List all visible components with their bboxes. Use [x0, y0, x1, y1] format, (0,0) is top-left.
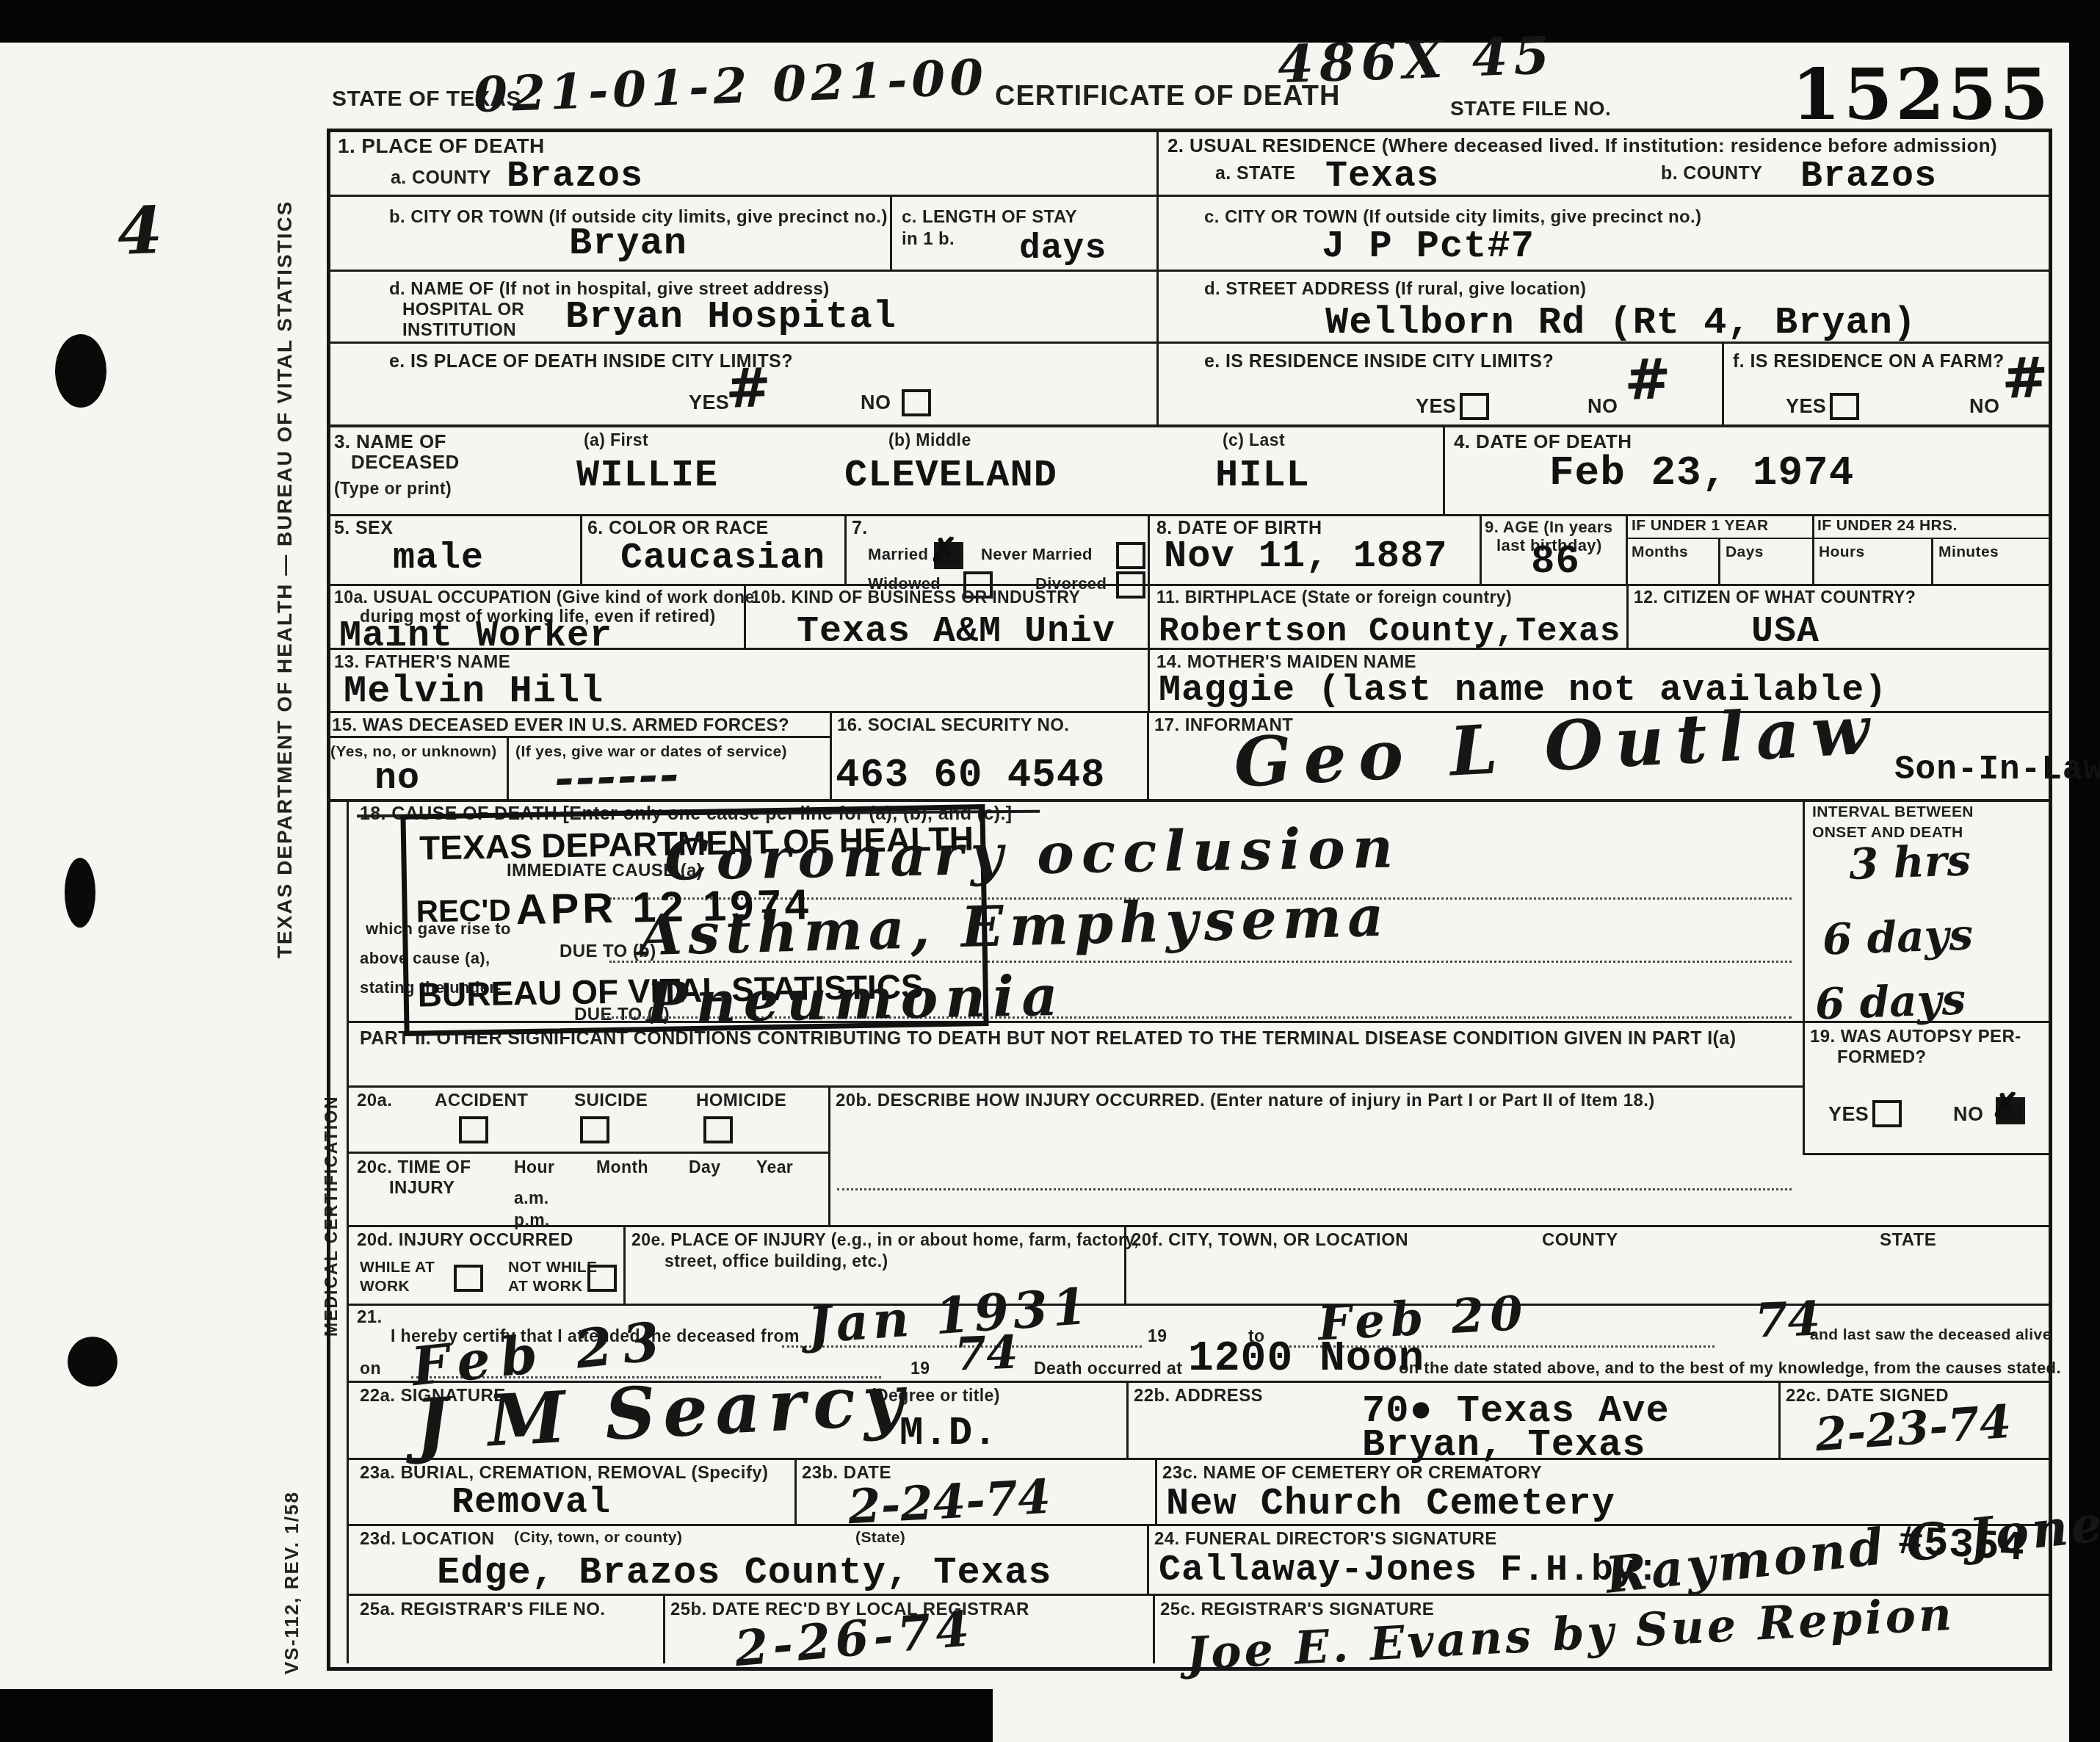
stamp-recd-label: REC'D: [416, 892, 511, 929]
grid-line: [1155, 1458, 1157, 1524]
checkbox-suicide: [580, 1116, 609, 1143]
year-label: Year: [756, 1157, 793, 1177]
homicide-label: HOMICIDE: [696, 1091, 786, 1111]
injury-20b-label: 20b. DESCRIBE HOW INJURY OCCURRED. (Ente…: [836, 1091, 1655, 1111]
never-married-label: Never Married: [981, 545, 1093, 564]
residence-state-label: a. STATE: [1215, 163, 1295, 184]
grid-line: [830, 711, 832, 799]
interval-a-value: 3 hrs: [1848, 835, 1972, 889]
residence-street-value: Wellborn Rd (Rt 4, Bryan): [1325, 301, 1916, 344]
grid-line: [347, 799, 349, 1663]
grid-line: [1626, 538, 2049, 539]
grid-line: [327, 736, 830, 738]
injury-20c-label: 20c. TIME OF: [357, 1157, 471, 1178]
interval-label-1: INTERVAL BETWEEN: [1812, 803, 1974, 821]
scan-black-band-right: [2069, 0, 2100, 1742]
certify-on-label: on: [360, 1359, 381, 1378]
residence-farm-yes-label: YES: [1786, 395, 1826, 418]
grid-line: [327, 514, 2049, 516]
injury-20a-label: 20a.: [357, 1091, 392, 1111]
checkbox-not-while-at-work: [587, 1265, 617, 1292]
autopsy-no-mark: ✗: [1991, 1085, 2020, 1125]
middle-name-value: CLEVELAND: [844, 454, 1057, 497]
scan-black-band-bottom: [0, 1689, 993, 1742]
burial-date-value: 2-24-74: [847, 1470, 1051, 1535]
residence-section-label: 2. USUAL RESIDENCE (Where deceased lived…: [1167, 134, 1997, 157]
ink-blob: [68, 1337, 117, 1387]
ink-blob: [65, 858, 95, 928]
suicide-label: SUICIDE: [574, 1091, 648, 1111]
residence-city-limits-label: e. IS RESIDENCE INSIDE CITY LIMITS?: [1204, 351, 1554, 372]
certify-to-year: 74: [1754, 1291, 1822, 1348]
grid-line: [347, 1458, 2049, 1460]
residence-county-value: Brazos: [1800, 156, 1937, 198]
grid-line: [580, 514, 582, 584]
certify-on-year: 74: [954, 1326, 1019, 1381]
checkbox-death-city-limits-no: [902, 389, 931, 416]
age-value: 86: [1531, 540, 1580, 585]
married-label: Married: [868, 545, 928, 564]
grid-line: [1803, 1153, 2049, 1155]
interval-c-value: 6 days: [1814, 974, 1966, 1029]
margin-handwritten-note: 4: [116, 192, 164, 270]
race-label: 6. COLOR OR RACE: [587, 518, 769, 539]
date-of-birth-value: Nov 11, 1887: [1164, 535, 1447, 578]
sex-label: 5. SEX: [334, 518, 393, 539]
not-while-at-work-label-2: AT WORK: [508, 1278, 583, 1295]
type-or-print-label: (Type or print): [334, 479, 452, 499]
residence-limits-no-mark: #: [1623, 346, 1672, 413]
residence-farm-no-label: NO: [1969, 395, 1999, 418]
hour-label: Hour: [514, 1157, 554, 1177]
grid-line: [1126, 1381, 1129, 1458]
months-label: Months: [1632, 543, 1688, 561]
place-of-death-section-label: 1. PLACE OF DEATH: [338, 134, 545, 158]
marital-status-label: 7.: [852, 518, 868, 539]
grid-line: [1931, 538, 1933, 584]
birthplace-value: Robertson County,Texas: [1159, 612, 1621, 651]
citizen-label: 12. CITIZEN OF WHAT COUNTRY?: [1634, 588, 1916, 607]
death-occurred-at-label: Death occurred at: [1034, 1359, 1182, 1378]
grid-line: [890, 195, 892, 270]
checkbox-while-at-work: [454, 1265, 483, 1292]
am-label: a.m.: [514, 1188, 549, 1208]
grid-line: [1626, 514, 1628, 584]
cemetery-label: 23c. NAME OF CEMETERY OR CREMATORY: [1162, 1463, 1542, 1483]
funeral-home-value: Callaway-Jones F.H.by:: [1159, 1550, 1659, 1591]
location-value: Edge, Brazos County, Texas: [437, 1551, 1051, 1594]
grid-line: [1153, 1594, 1155, 1663]
grid-line: [1778, 1381, 1781, 1458]
funeral-director-label: 24. FUNERAL DIRECTOR'S SIGNATURE: [1154, 1529, 1497, 1550]
length-of-stay-value: days: [1019, 229, 1107, 269]
birthplace-label: 11. BIRTHPLACE (State or foreign country…: [1156, 588, 1512, 607]
if-under-1-year-label: IF UNDER 1 YEAR: [1632, 517, 1768, 535]
injury-20d-label: 20d. INJURY OCCURRED: [357, 1230, 573, 1251]
checkbox-homicide: [703, 1116, 733, 1143]
checkbox-autopsy-yes: [1872, 1100, 1902, 1127]
grid-line: [327, 584, 2049, 586]
grid-line: [347, 1225, 2049, 1227]
grid-line: [828, 1085, 830, 1225]
hours-label: Hours: [1819, 543, 1865, 561]
while-at-work-label-1: WHILE AT: [360, 1259, 435, 1276]
injury-20e-sublabel: street, office building, etc.): [665, 1251, 888, 1271]
checkbox-divorced: [1116, 571, 1145, 599]
informant-relation: Son-In-Law: [1894, 751, 2100, 789]
city-of-death-value: Bryan: [569, 222, 687, 265]
death-city-limits-no-label: NO: [861, 391, 891, 414]
grid-line: [1148, 514, 1150, 584]
hospital-label-2: HOSPITAL OR: [402, 300, 524, 320]
residence-farm-label: f. IS RESIDENCE ON A FARM?: [1733, 351, 2005, 372]
cause-c-value: Pneumonia: [645, 963, 1065, 1036]
occupation-value: Maint Worker: [339, 615, 612, 657]
cemetery-value: New Church Cemetery: [1166, 1482, 1615, 1525]
race-value: Caucasian: [620, 538, 825, 579]
ink-blob: [55, 334, 106, 408]
autopsy-label-1: 19. WAS AUTOPSY PER-: [1810, 1027, 2021, 1047]
death-time-value: 1200 Noon: [1188, 1335, 1424, 1383]
certify-pre19-a: 19: [1148, 1326, 1167, 1346]
autopsy-yes-label: YES: [1828, 1103, 1869, 1126]
case-number: #5354: [1897, 1519, 2026, 1572]
checkbox-residence-farm-yes: [1830, 393, 1859, 420]
if-under-24-hrs-label: IF UNDER 24 HRS.: [1817, 517, 1958, 535]
county-of-death-label: a. COUNTY: [391, 167, 491, 189]
length-of-stay-label: c. LENGTH OF STAY: [902, 207, 1077, 228]
residence-street-label: d. STREET ADDRESS (If rural, give locati…: [1204, 279, 1586, 300]
death-city-limits-yes-label: YES: [689, 391, 729, 414]
residence-state-value: Texas: [1325, 156, 1439, 198]
location-label: 23d. LOCATION: [360, 1529, 494, 1550]
residence-farm-no-mark: #: [2000, 344, 2049, 411]
grid-line: [507, 736, 509, 799]
handwritten-file-numbers: 486X 45: [1277, 24, 1557, 95]
registrar-file-no-label: 25a. REGISTRAR'S FILE NO.: [360, 1600, 605, 1620]
grid-line: [1812, 514, 1814, 584]
grid-line: [794, 1458, 797, 1524]
father-name-value: Melvin Hill: [344, 670, 604, 713]
address-line-2: Bryan, Texas: [1362, 1423, 1645, 1467]
injury-state-label: STATE: [1880, 1230, 1936, 1251]
grid-line: [327, 270, 2049, 272]
first-name-label: (a) First: [584, 430, 648, 450]
injury-20e-label: 20e. PLACE OF INJURY (e.g., in or about …: [631, 1230, 1139, 1250]
interval-b-value: 6 days: [1822, 909, 1974, 964]
injury-county-label: COUNTY: [1542, 1230, 1618, 1251]
checkbox-residence-limits-yes: [1460, 393, 1489, 420]
grid-line: [623, 1225, 626, 1304]
business-label: 10b. KIND OF BUSINESS OR INDUSTRY: [751, 588, 1080, 607]
form-number-vertical-text: VS-112, REV. 1/58: [280, 1483, 303, 1674]
injury-20f-label: 20f. CITY, TOWN, OR LOCATION: [1132, 1230, 1408, 1251]
last-name-value: HILL: [1215, 454, 1310, 497]
grid-line: [1722, 341, 1724, 424]
residence-limits-no-label: NO: [1587, 395, 1618, 418]
death-certificate-scan: 4 TEXAS DEPARTMENT OF HEALTH — BUREAU OF…: [0, 0, 2100, 1742]
age-label: 9. AGE (In years: [1485, 518, 1612, 537]
autopsy-no-label: NO: [1953, 1103, 1983, 1126]
last-name-label: (c) Last: [1223, 430, 1285, 450]
citizen-value: USA: [1751, 611, 1820, 653]
hospital-value: Bryan Hospital: [565, 295, 897, 339]
grid-line: [1480, 514, 1482, 584]
business-value: Texas A&M Univ: [797, 611, 1115, 653]
certificate-number: 15255: [1792, 53, 2052, 136]
deceased-label: DECEASED: [351, 451, 460, 474]
grid-line: [347, 1085, 1803, 1088]
armed-forces-answer: no: [374, 758, 420, 800]
cause-a-value: Coronary occlusion: [664, 814, 1400, 892]
certify-text-2: and last saw the deceased alive: [1810, 1326, 2052, 1344]
grid-line: [663, 1594, 665, 1663]
grid-line: [1718, 538, 1720, 584]
checkbox-accident: [459, 1116, 488, 1143]
accident-label: ACCIDENT: [435, 1091, 528, 1111]
degree-value: M.D.: [899, 1412, 998, 1456]
length-of-stay-sublabel: in 1 b.: [902, 229, 955, 250]
not-while-at-work-label-1: NOT WHILE: [508, 1259, 597, 1276]
middle-name-label: (b) Middle: [888, 430, 971, 450]
grid-line: [1147, 711, 1149, 799]
grid-line: [347, 1152, 828, 1154]
grid-line: [1803, 799, 1805, 1153]
grid-line: [1156, 129, 1159, 424]
grid-line: [327, 424, 2049, 427]
first-name-value: WILLIE: [576, 454, 718, 497]
armed-forces-label: 15. WAS DECEASED EVER IN U.S. ARMED FORC…: [332, 715, 789, 736]
checkbox-never-married: [1116, 542, 1145, 569]
grid-line: [1147, 1524, 1149, 1594]
days-label: Days: [1726, 543, 1764, 561]
residence-city-value: J P Pct#7: [1322, 225, 1535, 268]
state-file-no-label: STATE FILE NO.: [1450, 97, 1611, 120]
month-label: Month: [596, 1157, 648, 1177]
death-city-limits-yes-mark: #: [725, 356, 772, 421]
ssn-label: 16. SOCIAL SECURITY NO.: [837, 715, 1069, 736]
writing-line: [837, 1188, 1792, 1190]
department-vertical-text: TEXAS DEPARTMENT OF HEALTH — BUREAU OF V…: [273, 338, 297, 958]
handwritten-registration-code: 021-01-2 021-00: [473, 48, 989, 123]
name-of-label: 3. NAME OF: [334, 430, 446, 453]
grid-line: [1148, 584, 1150, 711]
injury-20c-sublabel: INJURY: [389, 1178, 455, 1199]
date-of-death-value: Feb 23, 1974: [1549, 449, 1854, 496]
war-dates-value: ------: [554, 747, 681, 806]
married-checkbox-mark: ✗: [930, 530, 958, 570]
certify-text-3: on the date stated above, and to the bes…: [1399, 1359, 2061, 1378]
county-of-death-value: Brazos: [507, 156, 643, 198]
grid-line: [844, 514, 847, 584]
day-label: Day: [689, 1157, 720, 1177]
grid-line: [1626, 584, 1629, 648]
occupation-label: 10a. USUAL OCCUPATION (Give kind of work…: [334, 588, 755, 607]
certify-pre19-c: 19: [910, 1359, 930, 1378]
autopsy-label-2: FORMED?: [1837, 1047, 1926, 1068]
address-label: 22b. ADDRESS: [1134, 1386, 1263, 1406]
hospital-label-3: INSTITUTION: [402, 320, 516, 341]
burial-type-value: Removal: [452, 1482, 611, 1524]
grid-line: [1443, 424, 1445, 514]
while-at-work-label-2: WORK: [360, 1278, 410, 1295]
pm-label: p.m.: [514, 1210, 550, 1230]
scan-black-band-top: [0, 0, 2100, 43]
residence-county-label: b. COUNTY: [1661, 163, 1762, 184]
residence-limits-yes-label: YES: [1416, 395, 1456, 418]
ssn-value: 463 60 4548: [836, 753, 1105, 798]
certify-number: 21.: [357, 1307, 383, 1328]
minutes-label: Minutes: [1938, 543, 1999, 561]
location-sublabel-1: (City, town, or county): [514, 1529, 682, 1547]
sex-value: male: [393, 538, 484, 579]
